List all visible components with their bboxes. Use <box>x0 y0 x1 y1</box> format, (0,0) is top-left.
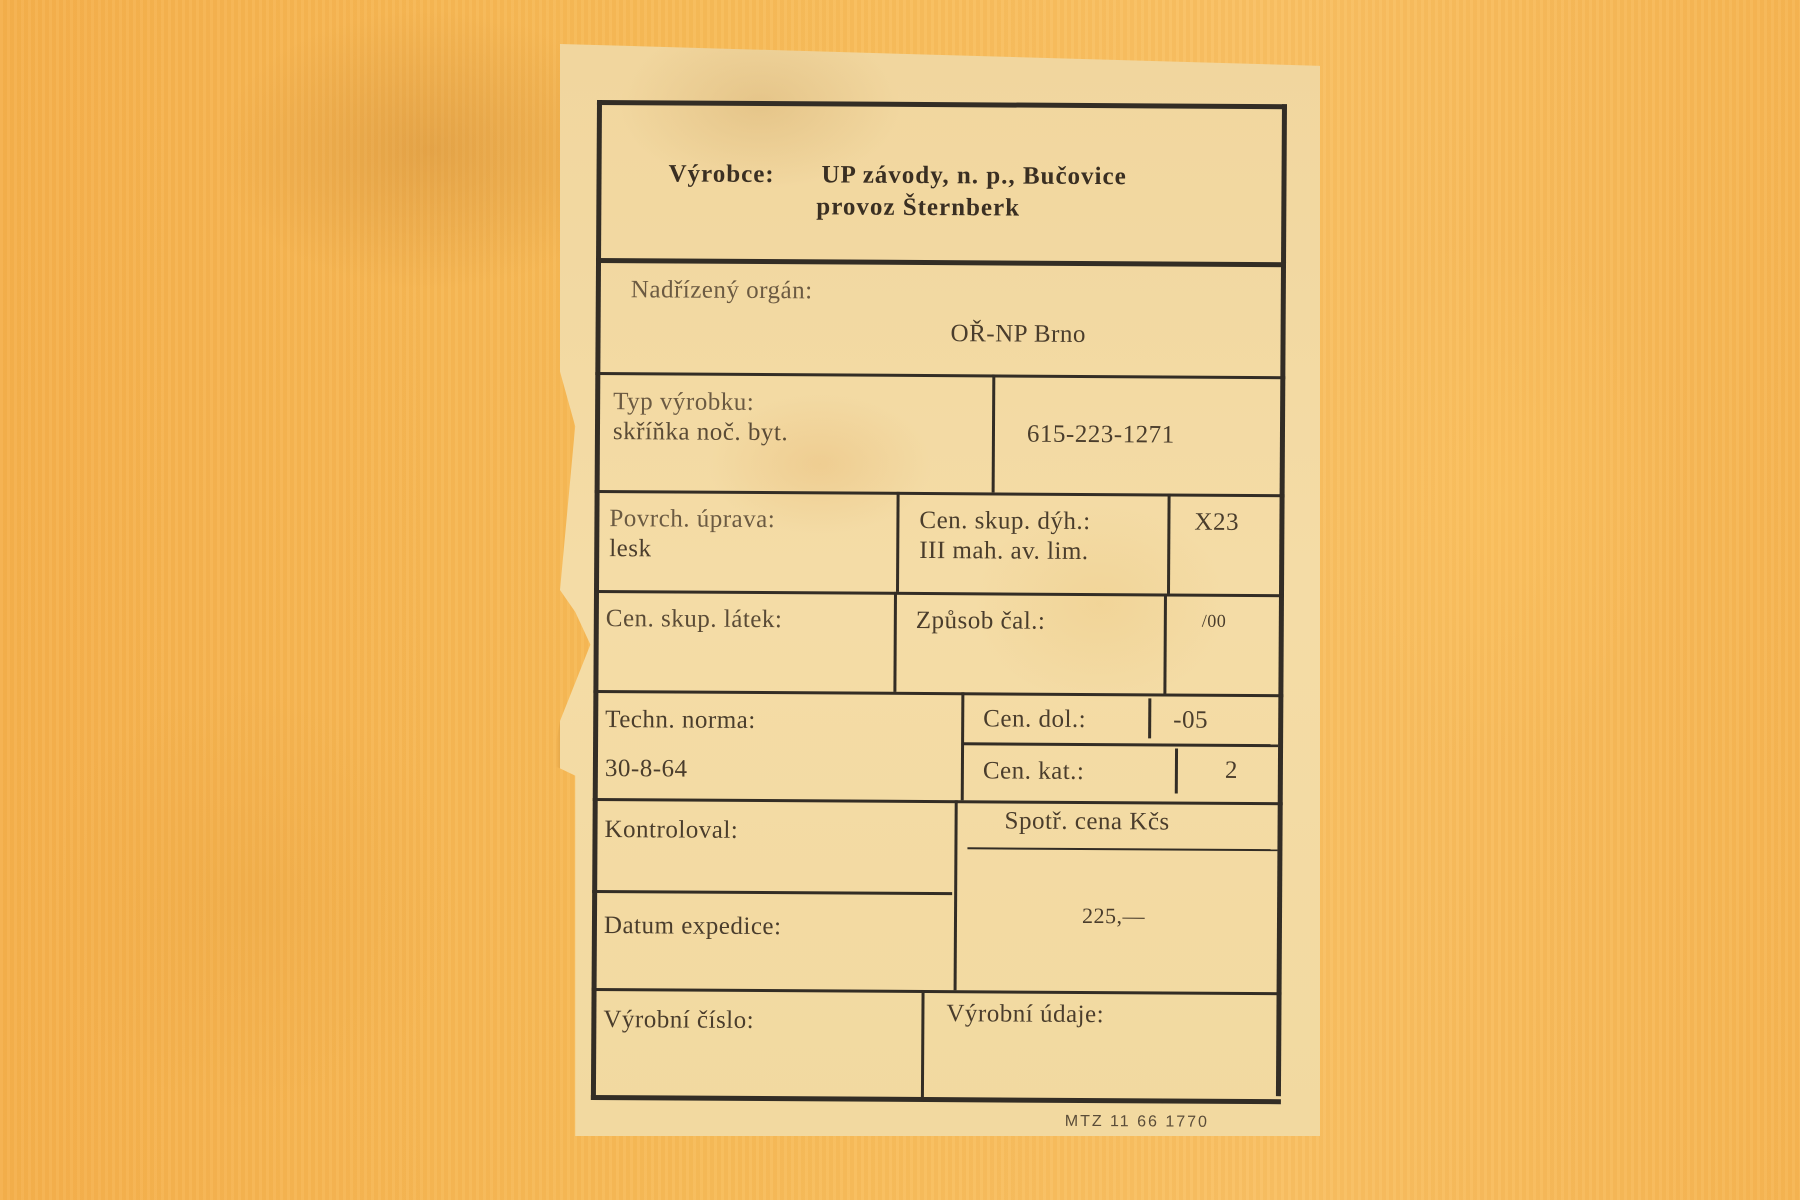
production-data-caption: Výrobní údaje: <box>946 1000 1104 1029</box>
serial-number-caption: Výrobní číslo: <box>603 1006 754 1035</box>
manufacturer-caption: Výrobce: <box>668 160 774 189</box>
manufacturer-name: UP závody, n. p., Bučovice <box>821 161 1126 191</box>
supervisory-body-value: OŘ-NP Brno <box>950 320 1086 349</box>
fabric-price-group-caption: Cen. skup. látek: <box>606 605 783 634</box>
technical-norm-caption: Techn. norma: <box>605 706 756 735</box>
product-type-value: skříňka noč. byt. <box>613 418 788 447</box>
product-type-code: 615-223-1271 <box>1027 421 1175 450</box>
manufacturer-plant: provoz Šternberk <box>816 193 1020 222</box>
inspected-by-caption: Kontroloval: <box>604 816 738 845</box>
consumer-price-caption: Spotř. cena Kčs <box>1005 808 1170 837</box>
technical-norm-value: 30-8-64 <box>605 755 688 784</box>
veneer-code: X23 <box>1194 509 1239 537</box>
price-category-value: 2 <box>1225 757 1238 785</box>
upholstery-method-caption: Způsob čal.: <box>916 607 1046 636</box>
veneer-price-group-value: III mah. av. lim. <box>919 537 1088 566</box>
price-category-caption: Cen. kat.: <box>983 757 1085 786</box>
price-surcharge-value: -05 <box>1173 707 1208 735</box>
upholstery-code: /00 <box>1202 611 1227 632</box>
veneer-price-group-caption: Cen. skup. dýh.: <box>919 507 1090 536</box>
price-surcharge-caption: Cen. dol.: <box>983 705 1086 734</box>
print-code: MTZ 11 66 1770 <box>1065 1113 1209 1132</box>
supervisory-body-caption: Nadřízený orgán: <box>631 276 813 305</box>
consumer-price-value: 225,— <box>1082 903 1145 929</box>
surface-finish-value: lesk <box>609 535 651 563</box>
product-type-caption: Typ výrobku: <box>613 388 754 417</box>
surface-finish-caption: Povrch. úprava: <box>609 505 775 534</box>
label-form-table: Výrobce: UP závody, n. p., Bučovice prov… <box>591 100 1287 1104</box>
dispatch-date-caption: Datum expedice: <box>604 912 782 941</box>
